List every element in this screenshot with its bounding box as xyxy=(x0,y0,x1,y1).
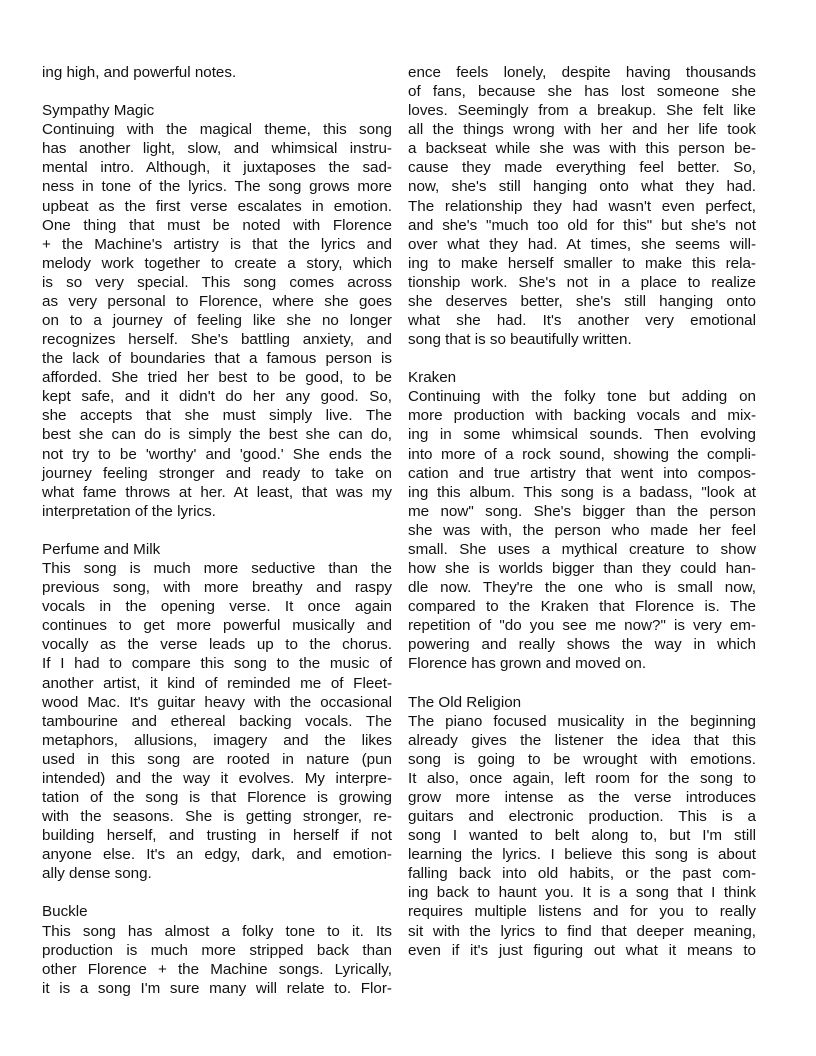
intro-continuation: ing high, and powerful notes. xyxy=(42,63,392,82)
text-line: not try to be 'worthy' and 'good.' She e… xyxy=(42,445,392,464)
text-line: used in this song are rooted in nature (… xyxy=(42,750,392,769)
text-line: is so very special. This song comes acro… xyxy=(42,273,392,292)
left-column: ing high, and powerful notes. Sympathy M… xyxy=(42,63,392,1017)
section-the-old-religion: The Old Religion The piano focused music… xyxy=(408,693,756,960)
text-line: One thing that must be noted with Floren… xyxy=(42,216,392,235)
text-line: ness in tone of the lyrics. The song gro… xyxy=(42,177,392,196)
text-line: intended) and the way it evolves. My int… xyxy=(42,769,392,788)
text-line: all the things wrong with her and her li… xyxy=(408,120,756,139)
text-line: small. She uses a mythical creature to s… xyxy=(408,540,756,559)
text-line: tation of the song is that Florence is g… xyxy=(42,788,392,807)
section-title: Kraken xyxy=(408,368,756,387)
document-page: ing high, and powerful notes. Sympathy M… xyxy=(0,0,816,1056)
text-line: tambourine and ethereal backing vocals. … xyxy=(42,712,392,731)
section-title: Perfume and Milk xyxy=(42,540,392,559)
text-line: even if it's just figuring out what it m… xyxy=(408,941,756,960)
text-line: vocally as the verse leads up to the cho… xyxy=(42,635,392,654)
section-sympathy-magic: Sympathy Magic Continuing with the magic… xyxy=(42,101,392,521)
text-line: afforded. She tried her best to be good,… xyxy=(42,368,392,387)
text-line: has another light, slow, and whimsical i… xyxy=(42,139,392,158)
text-line: ally dense song. xyxy=(42,864,392,883)
text-line: she was with, the person who made her fe… xyxy=(408,521,756,540)
section-title: Buckle xyxy=(42,902,392,921)
text-line: powering and really shows the way in whi… xyxy=(408,635,756,654)
text-line: learning the lyrics. I believe this song… xyxy=(408,845,756,864)
text-line: she accepts that she must simply live. T… xyxy=(42,406,392,425)
text-line: Florence has grown and moved on. xyxy=(408,654,756,673)
text-line: Continuing with the folky tone but addin… xyxy=(408,387,756,406)
text-line: The relationship they had wasn't even pe… xyxy=(408,197,756,216)
text-line: she deserves better, she's still hanging… xyxy=(408,292,756,311)
text-line: on to a journey of feeling like she no l… xyxy=(42,311,392,330)
text-line: what fame throws at her. At least, that … xyxy=(42,483,392,502)
text-line: grow more intense as the verse introduce… xyxy=(408,788,756,807)
section-body: This song is much more seductive than th… xyxy=(42,559,392,883)
section-perfume-and-milk: Perfume and Milk This song is much more … xyxy=(42,540,392,883)
text-line: the lack of boundaries that a famous per… xyxy=(42,349,392,368)
text-line: requires multiple listens and for you to… xyxy=(408,902,756,921)
text-line: a backseat while she was with this perso… xyxy=(408,139,756,158)
text-line: ing in some whimsical sounds. Then evolv… xyxy=(408,425,756,444)
text-line: It also, once again, left room for the s… xyxy=(408,769,756,788)
text-line: into more of a rock sound, showing the c… xyxy=(408,445,756,464)
text-line: dle now. They're the one who is small no… xyxy=(408,578,756,597)
text-line: me now" song. She's bigger than the pers… xyxy=(408,502,756,521)
text-line: wood Mac. It's guitar heavy with the occ… xyxy=(42,693,392,712)
text-line: repetition of "do you see me now?" is ve… xyxy=(408,616,756,635)
section-buckle-continued: ence feels lonely, despite having thousa… xyxy=(408,63,756,349)
text-line: This song is much more seductive than th… xyxy=(42,559,392,578)
text-line: of fans, because she has lost someone sh… xyxy=(408,82,756,101)
text-line: ing to make herself smaller to make this… xyxy=(408,254,756,273)
text-line: vocals in the opening verse. It once aga… xyxy=(42,597,392,616)
text-line: now, she's still hanging onto what they … xyxy=(408,177,756,196)
text-line: mental intro. Although, it juxtaposes th… xyxy=(42,158,392,177)
section-buckle: Buckle This song has almost a folky tone… xyxy=(42,902,392,997)
text-line: + the Machine's artistry is that the lyr… xyxy=(42,235,392,254)
text-line: ing back to haunt you. It is a song that… xyxy=(408,883,756,902)
text-line: cation and true artistry that went into … xyxy=(408,464,756,483)
text-line: interpretation of the lyrics. xyxy=(42,502,392,521)
text-line: over what they had. At times, she seems … xyxy=(408,235,756,254)
text-line: loves. Seemingly from a breakup. She fel… xyxy=(408,101,756,120)
text-line: what she had. It's another very emotiona… xyxy=(408,311,756,330)
text-line: This song has almost a folky tone to it.… xyxy=(42,922,392,941)
text-line: song I wanted to belt along to, but I'm … xyxy=(408,826,756,845)
text-line: how she is worlds bigger than they could… xyxy=(408,559,756,578)
text-line: already gives the listener the idea that… xyxy=(408,731,756,750)
section-body: The piano focused musicality in the begi… xyxy=(408,712,756,960)
text-line: more production with backing vocals and … xyxy=(408,406,756,425)
text-line: as very personal to Florence, where she … xyxy=(42,292,392,311)
text-line: best she can do is simply the best she c… xyxy=(42,425,392,444)
text-line: Continuing with the magical theme, this … xyxy=(42,120,392,139)
section-title: The Old Religion xyxy=(408,693,756,712)
text-line: song that is so beautifully written. xyxy=(408,330,756,349)
section-kraken: Kraken Continuing with the folky tone bu… xyxy=(408,368,756,673)
text-line: sit with the lyrics to find that deeper … xyxy=(408,922,756,941)
text-line: guitars and electronic production. This … xyxy=(408,807,756,826)
text-line: cause they made everything feel better. … xyxy=(408,158,756,177)
text-line: anyone else. It's an edgy, dark, and emo… xyxy=(42,845,392,864)
text-line: The piano focused musicality in the begi… xyxy=(408,712,756,731)
section-body: This song has almost a folky tone to it.… xyxy=(42,922,392,998)
text-line: with the seasons. She is getting stronge… xyxy=(42,807,392,826)
text-line: kept safe, and it didn't do her any good… xyxy=(42,387,392,406)
text-line: it is a song I'm sure many will relate t… xyxy=(42,979,392,998)
text-line: continues to get more powerful musically… xyxy=(42,616,392,635)
text-line: tionship work. She's not in a place to r… xyxy=(408,273,756,292)
text-line: and she's "much too old for this" but sh… xyxy=(408,216,756,235)
text-line: ing this album. This song is a badass, "… xyxy=(408,483,756,502)
text-line: building herself, and trusting in hersel… xyxy=(42,826,392,845)
text-line: recognizes herself. She's battling anxie… xyxy=(42,330,392,349)
text-line: metaphors, allusions, imagery and the li… xyxy=(42,731,392,750)
text-line: ence feels lonely, despite having thousa… xyxy=(408,63,756,82)
text-line: If I had to compare this song to the mus… xyxy=(42,654,392,673)
text-line: other Florence + the Machine songs. Lyri… xyxy=(42,960,392,979)
text-line: journey feeling stronger and ready to ta… xyxy=(42,464,392,483)
section-body: Continuing with the folky tone but addin… xyxy=(408,387,756,673)
text-line: song is going to be wrought with emotion… xyxy=(408,750,756,769)
right-column: ence feels lonely, despite having thousa… xyxy=(408,63,756,979)
text-line: production is much more stripped back th… xyxy=(42,941,392,960)
text-line: ing high, and powerful notes. xyxy=(42,63,392,82)
text-line: another artist, it kind of reminded me o… xyxy=(42,674,392,693)
section-body: Continuing with the magical theme, this … xyxy=(42,120,392,521)
text-line: falling back into old habits, or the pas… xyxy=(408,864,756,883)
text-line: upbeat as the first verse escalates in e… xyxy=(42,197,392,216)
text-line: compared to the Kraken that Florence is.… xyxy=(408,597,756,616)
text-line: previous song, with more breathy and ras… xyxy=(42,578,392,597)
text-line: melody work together to create a story, … xyxy=(42,254,392,273)
section-title: Sympathy Magic xyxy=(42,101,392,120)
